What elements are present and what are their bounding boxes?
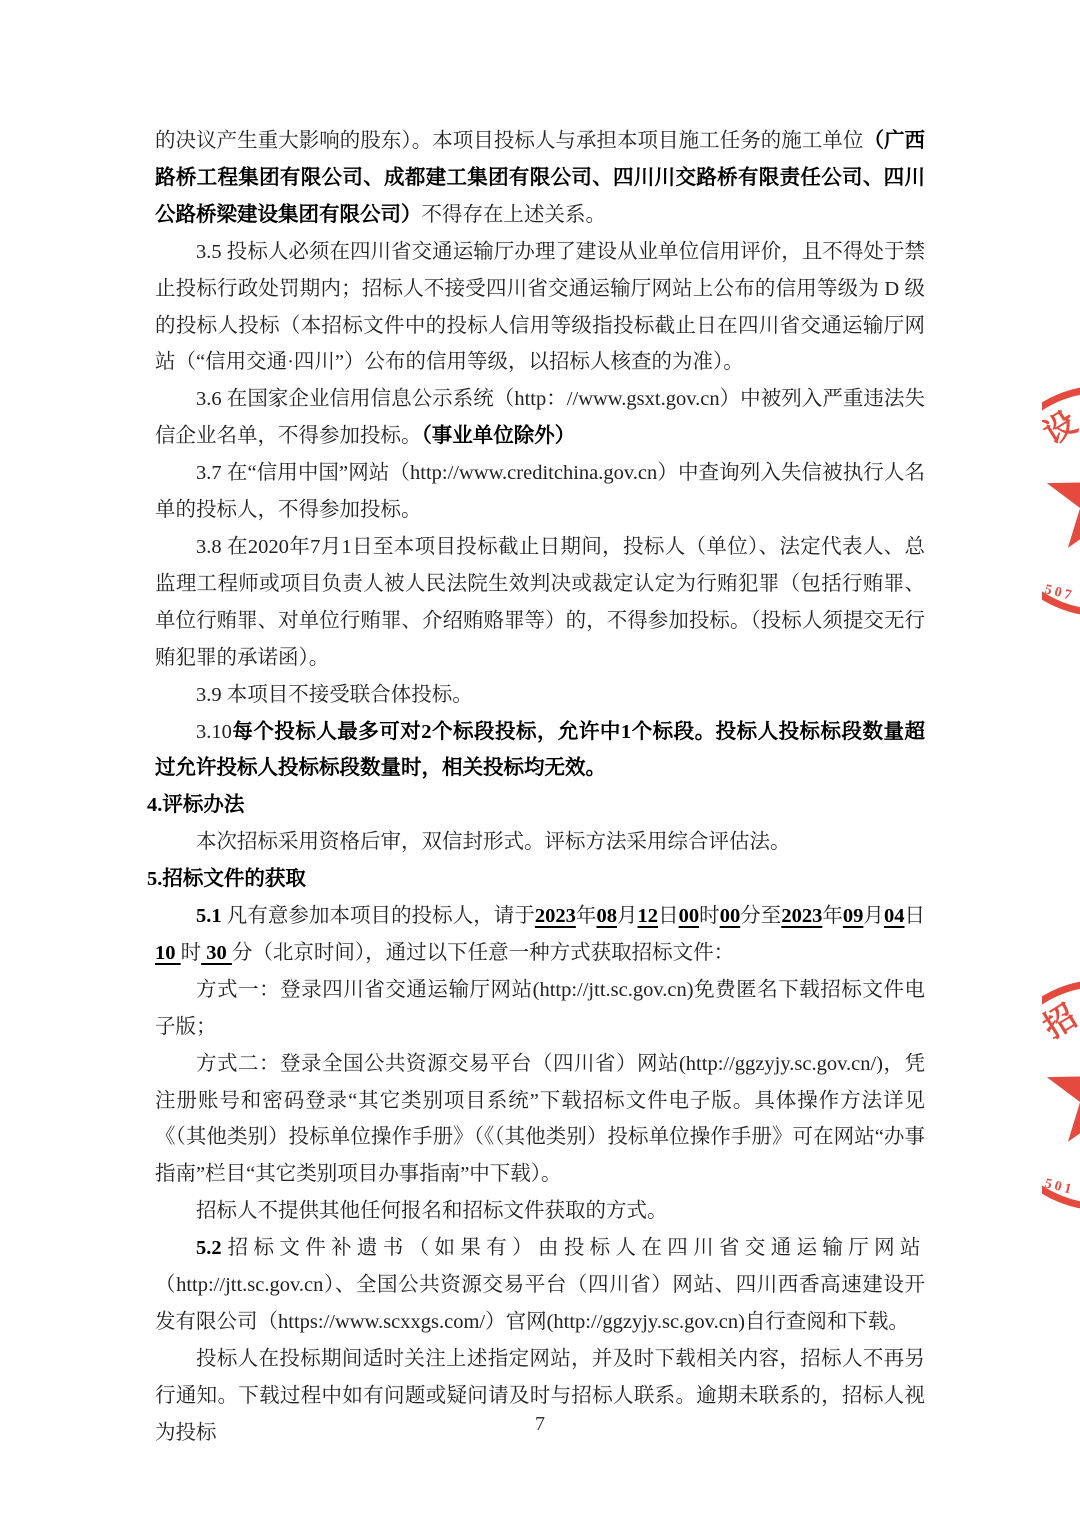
text-run: （http://jtt.sc.gov.cn）、全国公共资源交易平台（四川省）网站…: [155, 1274, 925, 1333]
text-run: 10: [155, 942, 181, 964]
text-run: 本次招标采用资格后审，双信封形式。评标方法采用综合评估法。: [196, 831, 791, 853]
text-run: 时: [699, 905, 720, 927]
text-run: 每个投标人最多可对2个标段投标，允许中1个标段。投标人投标标段数量超过允许投标人…: [155, 721, 925, 780]
red-seal-stamp-lower: 招 501: [1042, 975, 1080, 1215]
text-run: 09: [843, 905, 864, 927]
text-run: 日: [658, 905, 679, 927]
text-run: 4.评标办法: [147, 794, 244, 816]
seal-graphic-icon: 招 501: [1042, 975, 1080, 1215]
text-run: 3.5 投标人必须在四川省交通运输厅办理了建设从业单位信用评价，且不得处于禁止投…: [155, 241, 925, 374]
paragraph: 3.5 投标人必须在四川省交通运输厅办理了建设从业单位信用评价，且不得处于禁止投…: [155, 234, 925, 382]
text-run: 不得存在上述关系。: [422, 204, 607, 226]
paragraph: 5.1 凡有意参加本项目的投标人，请于2023年08月12日00时00分至202…: [155, 898, 925, 972]
section-heading: 5.招标文件的获取: [147, 861, 925, 898]
paragraph: 本次招标采用资格后审，双信封形式。评标方法采用综合评估法。: [155, 824, 925, 861]
text-run: 3.8 在2020年7月1日至本项目投标截止日期间，投标人（单位）、法定代表人、…: [155, 536, 925, 669]
text-run: 12: [638, 905, 659, 927]
text-run: 的决议产生重大影响的股东）。本项目投标人与承担本项目施工任务的施工单位: [155, 130, 863, 152]
seal-ring: [1042, 389, 1080, 613]
document-page: 的决议产生重大影响的股东）。本项目投标人与承担本项目施工任务的施工单位（广西路桥…: [0, 0, 1080, 1527]
text-run: 5.1: [196, 905, 222, 927]
text-run: 04: [884, 905, 905, 927]
seal-ring: [1042, 983, 1080, 1207]
text-run: 3.7 在“信用中国”网站（http://www.creditchina.gov…: [155, 462, 925, 521]
text-run: 年: [576, 905, 597, 927]
paragraph: 3.7 在“信用中国”网站（http://www.creditchina.gov…: [155, 455, 925, 529]
paragraph: 3.8 在2020年7月1日至本项目投标截止日期间，投标人（单位）、法定代表人、…: [155, 529, 925, 677]
text-run: 方式二：登录全国公共资源交易平台（四川省）网站(http://ggzyjy.sc…: [155, 1053, 925, 1186]
text-run: 月: [863, 905, 884, 927]
paragraph: 5.2 招标文件补遗书（如果有）由投标人在四川省交通运输厅网站（http://j…: [155, 1230, 925, 1341]
red-seal-stamp-upper: 设 507: [1042, 381, 1080, 621]
seal-serial-digits: 501: [1043, 1176, 1076, 1198]
paragraph: 3.10每个投标人最多可对2个标段投标，允许中1个标段。投标人投标标段数量超过允…: [155, 714, 925, 788]
seal-char: 设: [1042, 404, 1080, 451]
text-run: 凡有意参加本项目的投标人，请于: [222, 905, 535, 927]
paragraph: 方式一：登录四川省交通运输厅网站(http://jtt.sc.gov.cn)免费…: [155, 972, 925, 1046]
paragraph: 招标人不提供其他任何报名和招标文件获取的方式。: [155, 1193, 925, 1230]
text-run: （事业单位除外）: [422, 425, 576, 447]
text-run: 5.2: [196, 1237, 228, 1259]
seal-star-icon: [1047, 1037, 1080, 1142]
document-body: 的决议产生重大影响的股东）。本项目投标人与承担本项目施工任务的施工单位（广西路桥…: [155, 123, 925, 1452]
text-run: 方式一：登录四川省交通运输厅网站(http://jtt.sc.gov.cn)免费…: [155, 979, 925, 1038]
seal-char: 招: [1042, 998, 1080, 1045]
text-run: 00: [720, 905, 741, 927]
seal-serial-digits: 507: [1043, 582, 1076, 604]
paragraph: 的决议产生重大影响的股东）。本项目投标人与承担本项目施工任务的施工单位（广西路桥…: [155, 123, 925, 234]
text-run: 时: [181, 942, 202, 964]
text-run: 分至: [740, 905, 781, 927]
text-run: 08: [596, 905, 617, 927]
text-run: 分（北京时间），通过以下任意一种方式获取招标文件：: [232, 942, 734, 964]
text-run: 招标文件补遗书（如果有）由投标人在四川省交通运输厅网站: [228, 1237, 925, 1259]
paragraph: 方式二：登录全国公共资源交易平台（四川省）网站(http://ggzyjy.sc…: [155, 1046, 925, 1194]
text-run: 月: [617, 905, 638, 927]
text-run: 2023: [535, 905, 576, 927]
text-run: 2023: [781, 905, 822, 927]
text-run: 日: [904, 905, 925, 927]
page-number: 7: [0, 1413, 1080, 1436]
paragraph: 3.6 在国家企业信用信息公示系统（http：//www.gsxt.gov.cn…: [155, 381, 925, 455]
text-run: 5.招标文件的获取: [147, 868, 306, 890]
text-run: 30: [201, 942, 232, 964]
seal-graphic-icon: 设 507: [1042, 381, 1080, 621]
section-heading: 4.评标办法: [147, 787, 925, 824]
text-run: 年: [822, 905, 843, 927]
text-run: 00: [679, 905, 700, 927]
text-run: 3.9 本项目不接受联合体投标。: [196, 684, 473, 706]
paragraph: 3.9 本项目不接受联合体投标。: [155, 677, 925, 714]
text-run: 3.10: [196, 721, 232, 743]
seal-star-icon: [1047, 443, 1080, 548]
text-run: 招标人不提供其他任何报名和招标文件获取的方式。: [196, 1200, 668, 1222]
